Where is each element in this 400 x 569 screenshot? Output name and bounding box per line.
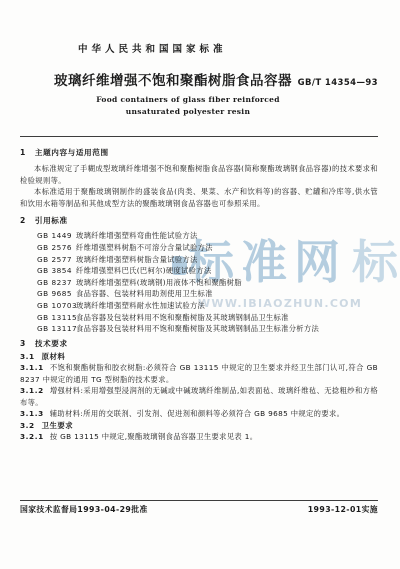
clause-3-1-3: 3.1.3辅助材料:所用的交联剂、引发剂、促进剂和颜料等必须符合 GB 9685… — [20, 408, 378, 420]
standard-number: GB/T 14354—93 — [298, 76, 378, 90]
clause-3-1-number: 3.1 — [20, 352, 35, 361]
reference-title: 食品容器及包装材料用不饱和聚酯树脂及其玻璃钢制品卫生标准分析方法 — [76, 323, 319, 335]
reference-item: GB 3854 纤维增强塑料巴氏(巴柯尔)硬度试验方法 — [20, 265, 378, 277]
title-row: 玻璃纤维增强不饱和聚酯树脂食品容器 GB/T 14354—93 — [20, 72, 378, 90]
clause-3-1-title: 原材料 — [42, 352, 66, 361]
section-3-heading: 3技术要求 — [20, 338, 378, 349]
reference-item: GB 8237 玻璃纤维增强塑料(玻璃钢)用液体不饱和聚酯树脂 — [20, 277, 378, 289]
reference-item: GB 13117 食品容器及包装材料用不饱和聚酯树脂及其玻璃钢制品卫生标准分析方… — [20, 323, 378, 335]
section-1-paragraph-1: 本标准规定了手糊成型玻璃纤维增强不饱和聚酯树脂食品容器(简称聚酯玻璃钢食品容器)… — [20, 163, 378, 186]
reference-code: GB 8237 — [37, 277, 76, 289]
reference-title: 玻璃纤维增强塑料耐水性加速试验方法 — [76, 300, 205, 312]
section-3-title: 技术要求 — [35, 339, 68, 348]
clause-3-2-number: 3.2 — [20, 421, 35, 430]
section-2-number: 2 — [20, 216, 26, 225]
reference-code: GB 13115 — [37, 312, 76, 324]
reference-title: 食品容器及包装材料用不饱和聚酯树脂及其玻璃钢制品卫生标准 — [76, 312, 289, 324]
reference-title: 纤维增强塑料巴氏(巴柯尔)硬度试验方法 — [76, 265, 211, 277]
clause-3-1-3-text: 辅助材料:所用的交联剂、引发剂、促进剂和颜料等必须符合 GB 9685 中规定的… — [50, 409, 345, 418]
title-english-line1: Food containers of glass fiber reinforce… — [38, 94, 338, 106]
reference-code: GB 13117 — [37, 323, 76, 335]
document-title: 玻璃纤维增强不饱和聚酯树脂食品容器 — [54, 72, 292, 90]
clause-3-2-heading: 3.2卫生要求 — [20, 420, 378, 432]
reference-code: GB 10703 — [37, 300, 76, 312]
clause-3-2-1: 3.2.1按 GB 13115 中规定,聚酯玻璃钢食品容器卫生要求见表 1。 — [20, 431, 378, 443]
reference-code: GB 9685 — [37, 288, 76, 300]
approval-note: 国家技术监督局1993-04-29批准 — [20, 504, 148, 515]
reference-code: GB 2576 — [37, 242, 76, 254]
clause-3-1-2: 3.1.2增强材料:采用增强型浸润剂的无碱或中碱玻璃纤维制品,如表面毡、玻璃纤维… — [20, 385, 378, 408]
reference-title: 食品容器、包装材料用助剂使用卫生标准 — [76, 288, 213, 300]
section-1-paragraph-2: 本标准适用于聚酯玻璃钢制作的盛装食品(肉类、果菜、水产和饮料等)的容器、贮罐和冷… — [20, 186, 378, 209]
reference-title: 玻璃纤维增强塑料(玻璃钢)用液体不饱和聚酯树脂 — [76, 277, 242, 289]
reference-code: GB 2577 — [37, 254, 76, 266]
clause-3-1-heading: 3.1原材料 — [20, 351, 378, 363]
reference-item: GB 2577 玻璃纤维增强塑料树脂含量试验方法 — [20, 254, 378, 266]
reference-title: 玻璃纤维增强塑料树脂含量试验方法 — [76, 254, 198, 266]
section-2-title: 引用标准 — [35, 216, 68, 225]
standard-org-line: 中华人民共和国国家标准 — [78, 44, 378, 56]
title-english-line2: unsaturated polyester resin — [38, 106, 338, 118]
reference-item: GB 2576 纤维增强塑料树脂不可溶分含量试验方法 — [20, 242, 378, 254]
section-3-number: 3 — [20, 339, 26, 348]
clause-3-1-2-text: 增强材料:采用增强型浸润剂的无碱或中碱玻璃纤维制品,如表面毡、玻璃纤维毡、无捻粗… — [20, 386, 378, 407]
clause-3-2-1-text: 按 GB 13115 中规定,聚酯玻璃钢食品容器卫生要求见表 1。 — [50, 432, 258, 441]
reference-item: GB 1449 玻璃纤维增强塑料弯曲性能试验方法 — [20, 230, 378, 242]
header-divider — [20, 136, 378, 137]
clause-3-1-2-number: 3.1.2 — [20, 386, 44, 395]
section-2-heading: 2引用标准 — [20, 215, 378, 226]
document-page: 标准网 标准网 WWW.IBIAOZHUN.COM 中华人民共和国国家标准 玻璃… — [0, 0, 400, 569]
clause-3-1-3-number: 3.1.3 — [20, 409, 44, 418]
clause-3-2-1-number: 3.2.1 — [20, 432, 44, 441]
reference-list: GB 1449 玻璃纤维增强塑料弯曲性能试验方法 GB 2576 纤维增强塑料树… — [20, 230, 378, 334]
reference-item: GB 13115 食品容器及包装材料用不饱和聚酯树脂及其玻璃钢制品卫生标准 — [20, 312, 378, 324]
reference-title: 纤维增强塑料树脂不可溶分含量试验方法 — [76, 242, 213, 254]
implementation-date: 1993-12-01实施 — [308, 504, 378, 515]
clause-3-1-1: 3.1.1不饱和聚酯树脂和胶衣树脂:必须符合 GB 13115 中规定的卫生要求… — [20, 362, 378, 385]
section-1-number: 1 — [20, 148, 26, 157]
reference-item: GB 10703 玻璃纤维增强塑料耐水性加速试验方法 — [20, 300, 378, 312]
reference-title: 玻璃纤维增强塑料弯曲性能试验方法 — [76, 230, 198, 242]
section-1-heading: 1主题内容与适用范围 — [20, 147, 378, 158]
document-footer: 国家技术监督局1993-04-29批准 1993-12-01实施 — [20, 500, 378, 515]
document-title-english: Food containers of glass fiber reinforce… — [38, 94, 338, 117]
reference-code: GB 1449 — [37, 230, 76, 242]
clause-3-1-1-number: 3.1.1 — [20, 363, 44, 372]
clause-3-2-title: 卫生要求 — [42, 421, 74, 430]
reference-item: GB 9685 食品容器、包装材料用助剂使用卫生标准 — [20, 288, 378, 300]
clause-3-1-1-text: 不饱和聚酯树脂和胶衣树脂:必须符合 GB 13115 中规定的卫生要求并经卫生部… — [20, 363, 378, 384]
reference-code: GB 3854 — [37, 265, 76, 277]
document-body: 中华人民共和国国家标准 玻璃纤维增强不饱和聚酯树脂食品容器 GB/T 14354… — [0, 44, 400, 443]
footer-divider — [20, 500, 378, 501]
section-1-title: 主题内容与适用范围 — [35, 148, 109, 157]
